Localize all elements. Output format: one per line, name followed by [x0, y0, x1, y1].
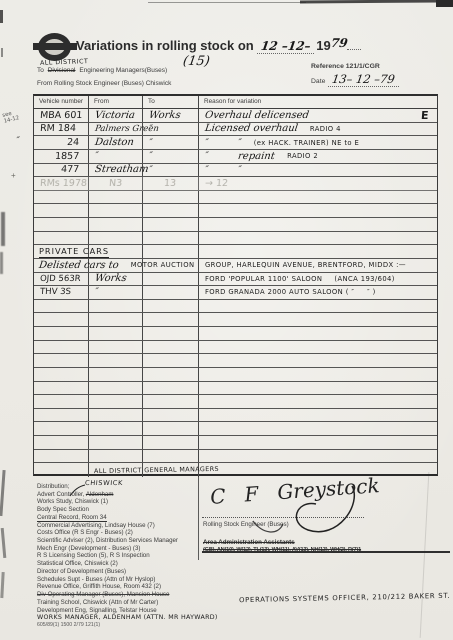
handwritten-entry: ″ — [94, 287, 99, 297]
london-transport-roundel-logo — [38, 33, 71, 61]
form-title: Variations in rolling stock on — [76, 38, 254, 53]
table-row: 1857″″″repaintRADIO 2 — [34, 150, 437, 164]
table-cell: Victoria — [89, 109, 143, 122]
table-cell — [89, 218, 143, 231]
table-cell — [143, 313, 199, 326]
table-row — [34, 313, 437, 327]
distribution-line: Div Operating Manager (Buses), Mansion H… — [37, 591, 207, 599]
table-cell — [89, 300, 143, 313]
table-cell — [143, 382, 199, 395]
table-cell — [199, 327, 437, 340]
table-cell: Dalston — [89, 136, 143, 149]
scanned-form-page: Variations in rolling stock on 12 –12– 1… — [0, 0, 453, 640]
table-cell: OJD 563R — [34, 273, 89, 286]
table-cell — [143, 409, 199, 422]
handwritten-entry: (ex HACK. TRAINER) NE to E — [254, 139, 359, 147]
table-cell: N3 — [89, 177, 143, 190]
table-cell: 13 — [143, 177, 199, 190]
column-header-reason: Reason for variation — [199, 96, 437, 108]
table-cell — [199, 218, 437, 231]
column-header-to: To — [143, 96, 199, 108]
binding-mark — [0, 10, 3, 23]
table-cell — [34, 395, 89, 408]
table-row: RM 184Palmers Green″Licensed overhaulRAD… — [34, 123, 437, 137]
table-cell — [199, 245, 437, 258]
table-cell: ″ — [143, 150, 199, 163]
table-row — [34, 327, 437, 341]
distribution-line: Schedules Supt - Buses (Attn of Mr Hyslo… — [37, 576, 207, 584]
distribution-line: Costs Office (R S Engr - Buses) (2) — [37, 529, 207, 537]
row-span-annotation: Delisted cars toMOTOR AUCTION — [39, 259, 194, 272]
handwritten-entry: Works — [94, 273, 127, 284]
handwritten-entry: ″ — [238, 165, 243, 175]
handwritten-entry: 1857 — [54, 151, 79, 162]
table-cell — [89, 422, 143, 435]
distribution-line: Director of Development (Buses) — [37, 568, 207, 576]
table-cell — [89, 232, 143, 245]
handwritten-form-date: 13– 12 –79 — [331, 72, 396, 86]
table-cell: Overhaul delicensedE — [199, 109, 437, 122]
table-row — [34, 191, 437, 205]
table-cell — [34, 300, 89, 313]
table-cell — [143, 327, 199, 340]
distribution-line: Development Eng, Signalling, Telstar Hou… — [37, 607, 207, 615]
table-cell — [199, 300, 437, 313]
table-cell: ″ — [89, 286, 143, 299]
table-cell: RMs 1978 — [34, 177, 89, 190]
table-cell — [199, 354, 437, 367]
handwritten-entry: → 12 — [205, 178, 229, 189]
table-cell: → 12 — [199, 177, 437, 190]
variation-table: Vehicle number From To Reason for variat… — [33, 94, 438, 476]
signature: C F Greystock — [209, 473, 380, 509]
table-cell: ″″(ex HACK. TRAINER) NE to E — [199, 136, 437, 149]
form-date-line: Date 13– 12 –79 — [311, 72, 399, 87]
table-cell: THV 3S — [34, 286, 89, 299]
table-row — [34, 354, 437, 368]
table-cell — [89, 436, 143, 449]
table-cell: ″ — [143, 164, 199, 177]
distribution-line: Statistical Office, Chiswick (2) — [37, 560, 207, 568]
table-cell — [143, 191, 199, 204]
table-cell — [199, 422, 437, 435]
table-row — [34, 368, 437, 382]
table-cell — [199, 341, 437, 354]
addressee-rest: Engineering Managers(Buses) — [79, 67, 167, 74]
table-cell — [34, 422, 89, 435]
table-cell — [89, 313, 143, 326]
table-cell — [34, 354, 89, 367]
table-cell — [34, 191, 89, 204]
handwritten-entry: ″ — [204, 165, 209, 175]
handwritten-entry: 477 — [60, 164, 79, 175]
handwritten-entry: 24 — [67, 137, 80, 148]
table-cell — [143, 204, 199, 217]
table-cell — [143, 286, 199, 299]
table-cell — [34, 313, 89, 326]
handwritten-entry: ″ — [148, 165, 153, 175]
table-cell: ″ — [143, 136, 199, 149]
table-cell — [34, 436, 89, 449]
table-cell: 24 — [34, 136, 89, 149]
operations-officer-annotation: OPERATIONS SYSTEMS OFFICER, 210/212 BAKE… — [239, 592, 450, 604]
table-cell — [89, 395, 143, 408]
table-cell — [143, 354, 199, 367]
column-header-vehicle-number: Vehicle number — [34, 96, 89, 108]
binding-mark — [1, 528, 6, 558]
distribution-line: R S Licensing Section (5), R S Inspectio… — [37, 552, 207, 560]
distribution-list: Distribution;Advert Controller, Aldenham… — [37, 483, 207, 630]
table-row: RMs 1978N313→ 12 — [34, 177, 437, 191]
handwritten-entry: Victoria — [94, 110, 135, 121]
table-row — [34, 395, 437, 409]
distribution-line: Revenue Office, Griffith House, Room 432… — [37, 583, 207, 591]
handwritten-entry: N3 — [109, 178, 123, 189]
handwritten-entry: RADIO 2 — [287, 152, 318, 160]
handwritten-entry: ″ — [204, 151, 209, 161]
table-cell — [89, 191, 143, 204]
handwritten-entry: RADIO 4 — [310, 125, 341, 133]
table-cell — [143, 300, 199, 313]
table-cell: Works — [89, 273, 143, 286]
table-cell — [199, 191, 437, 204]
table-cell — [199, 204, 437, 217]
handwritten-entry: Delisted cars to — [38, 260, 119, 271]
table-row — [34, 436, 437, 450]
table-cell: Palmers Green — [89, 123, 143, 136]
handwritten-entry: GROUP, HARLEQUIN AVENUE, BRENTFORD, MIDD… — [205, 261, 406, 269]
signature-box-divider — [198, 476, 199, 560]
table-row: THV 3S″FORD GRANADA 2000 AUTO SALOON ( ″… — [34, 286, 437, 300]
margin-note-see: see14-12 — [2, 109, 20, 124]
table-cell — [199, 450, 437, 463]
date-fill-line: 12 –12– — [257, 38, 315, 54]
table-cell: Streatham — [89, 164, 143, 177]
addressee-line: To Divisional Engineering Managers(Buses… — [37, 67, 167, 74]
handwritten-entry: MBA 601 — [40, 110, 83, 121]
table-row — [34, 409, 437, 423]
table-cell — [34, 341, 89, 354]
table-cell: ″repaintRADIO 2 — [199, 150, 437, 163]
table-cell: 1857 — [34, 150, 89, 163]
table-cell: ″ — [89, 150, 143, 163]
all-district-annotation: ALL DISTRICT — [40, 58, 89, 67]
handwritten-entry: Dalston — [94, 137, 134, 148]
table-cell — [34, 368, 89, 381]
reference-number: Reference 121/1/CGR — [311, 63, 380, 70]
handwritten-entry: repaint — [238, 151, 276, 162]
table-cell — [34, 327, 89, 340]
table-cell — [143, 395, 199, 408]
table-cell — [143, 273, 199, 286]
handwritten-entry: ″ — [204, 138, 209, 148]
handwritten-entry: Works — [148, 110, 181, 121]
distribution-line: Commercial Advertising, Lindsay House (7… — [37, 522, 207, 530]
distribution-line: Central Record, Room 34 — [37, 514, 207, 522]
printed-year-prefix: 19 — [316, 38, 330, 53]
handwritten-entry: ″ — [148, 138, 153, 148]
table-cell: FORD 'POPULAR 1100' SALOON(ANCA 193/604) — [199, 273, 437, 286]
table-cell — [89, 204, 143, 217]
roundel-bar — [33, 43, 77, 50]
table-row: MBA 601VictoriaWorksOverhaul delicensedE — [34, 109, 437, 123]
table-cell — [89, 450, 143, 463]
handwritten-entry: RMs 1978 — [40, 178, 88, 189]
margin-plus-mark: + — [11, 171, 16, 180]
handwritten-entry: Licensed overhaul — [204, 123, 298, 134]
table-row: GROUP, HARLEQUIN AVENUE, BRENTFORD, MIDD… — [34, 259, 437, 273]
table-cell — [34, 204, 89, 217]
distribution-line: Mech Engr (Development - Buses) (3) — [37, 545, 207, 553]
table-cell — [143, 245, 199, 258]
column-header-from: From — [89, 96, 143, 108]
distribution-line: Distribution; — [37, 483, 207, 491]
handwritten-entry: E — [421, 109, 429, 122]
sender-line: From Rolling Stock Engineer (Buses) Chis… — [37, 80, 171, 87]
table-row — [34, 218, 437, 232]
table-cell: MBA 601 — [34, 109, 89, 122]
table-cell — [199, 463, 437, 477]
table-cell — [89, 341, 143, 354]
table-cell — [89, 354, 143, 367]
margin-ditto-mark: ″ — [15, 136, 20, 146]
table-row — [34, 450, 437, 464]
signatory-role: Rolling Stock Engineer (Buses) — [203, 521, 289, 528]
binding-mark — [1, 48, 3, 57]
table-cell — [89, 382, 143, 395]
form-title-line: Variations in rolling stock on 12 –12– 1… — [76, 38, 361, 54]
table-row — [34, 204, 437, 218]
strike-bar — [202, 551, 450, 553]
binding-mark — [1, 212, 5, 246]
table-row: PRIVATE CARS — [34, 245, 437, 259]
table-cell — [199, 436, 437, 449]
date-fill-line: 13– 12 –79 — [328, 72, 399, 87]
table-cell — [34, 232, 89, 245]
scan-streak — [148, 2, 306, 3]
table-cell — [143, 450, 199, 463]
table-cell — [199, 409, 437, 422]
dotted-tail — [347, 49, 361, 50]
table-cell — [89, 368, 143, 381]
variation-table-header: Vehicle number From To Reason for variat… — [34, 96, 437, 109]
table-cell: Works — [143, 109, 199, 122]
signature-line — [202, 517, 364, 518]
table-cell — [143, 341, 199, 354]
handwritten-entry: ″ — [238, 138, 243, 148]
table-row: OJD 563RWorksFORD 'POPULAR 1100' SALOON(… — [34, 273, 437, 287]
table-row — [34, 422, 437, 436]
table-cell — [199, 368, 437, 381]
handwritten-year: 79 — [330, 36, 349, 50]
handwritten-entry: Overhaul delicensed — [204, 110, 309, 121]
distribution-line: Advert Controller, Aldenham — [37, 491, 207, 499]
handwritten-entry: ″ — [94, 151, 99, 161]
row-span-annotation: PRIVATE CARS — [39, 245, 109, 258]
table-cell — [143, 368, 199, 381]
handwritten-entry: RM 184 — [40, 123, 77, 134]
handwritten-entry: THV 3S — [40, 287, 72, 297]
distribution-line: Scientific Adviser (2), Distribution Ser… — [37, 537, 207, 545]
to-prefix: To — [37, 67, 44, 74]
table-cell — [143, 422, 199, 435]
table-cell — [143, 232, 199, 245]
handwritten-entry: 13 — [164, 178, 177, 189]
table-cell: GROUP, HARLEQUIN AVENUE, BRENTFORD, MIDD… — [199, 259, 437, 272]
handwritten-entry: OJD 563R — [40, 274, 81, 284]
table-cell — [34, 409, 89, 422]
binding-mark — [0, 252, 3, 274]
table-cell — [199, 232, 437, 245]
table-cell: ″ — [143, 123, 199, 136]
table-row — [34, 300, 437, 314]
paper-crease — [420, 472, 430, 638]
table-row — [34, 341, 437, 355]
table-cell — [199, 382, 437, 395]
struck-divisional: Divisional — [48, 67, 76, 74]
table-cell — [143, 218, 199, 231]
handwritten-date: 12 –12– — [260, 39, 312, 53]
handwritten-entry: (ANCA 193/604) — [334, 275, 394, 283]
table-row: 24Dalston″″″(ex HACK. TRAINER) NE to E — [34, 136, 437, 150]
distribution-line: Body Spec Section — [37, 506, 207, 514]
copies-count-note: (15) — [182, 54, 211, 69]
table-row: 477Streatham″″″ — [34, 164, 437, 178]
table-cell — [89, 409, 143, 422]
handwritten-entry: MOTOR AUCTION — [131, 261, 195, 269]
distribution-line: Training School, Chiswick (Attn of Mr Ca… — [37, 599, 207, 607]
handwritten-entry: FORD GRANADA 2000 AUTO SALOON ( ″ ″ ) — [205, 288, 376, 296]
binding-mark — [0, 572, 4, 598]
scan-streak — [300, 0, 440, 3]
handwritten-entry: ″ — [148, 151, 153, 161]
distribution-line: WORKS MANAGER, ALDENHAM (ATTN. MR HAYWAR… — [37, 614, 207, 622]
table-cell: 477 — [34, 164, 89, 177]
table-cell: Licensed overhaulRADIO 4 — [199, 123, 437, 136]
table-row — [34, 382, 437, 396]
table-cell — [199, 395, 437, 408]
distribution-line: 605/89(1) 1500 2/79 121(1) — [37, 622, 207, 630]
table-cell — [89, 327, 143, 340]
variation-table-body: MBA 601VictoriaWorksOverhaul delicensedE… — [34, 109, 437, 477]
table-cell: FORD GRANADA 2000 AUTO SALOON ( ″ ″ ) — [199, 286, 437, 299]
table-cell — [34, 218, 89, 231]
table-cell — [34, 463, 89, 477]
distribution-line: Works Study, Chiswick (1) — [37, 498, 207, 506]
table-cell: ″″ — [199, 164, 437, 177]
handwritten-entry: Streatham — [94, 164, 149, 175]
table-row — [34, 232, 437, 246]
table-cell — [34, 382, 89, 395]
scan-corner-mark — [436, 0, 453, 7]
table-cell — [34, 450, 89, 463]
table-cell — [143, 436, 199, 449]
table-cell: RM 184 — [34, 123, 89, 136]
binding-mark — [0, 470, 5, 516]
handwritten-entry: PRIVATE CARS — [39, 246, 109, 258]
handwritten-entry: FORD 'POPULAR 1100' SALOON — [205, 275, 322, 283]
struck-area-admin-line: Area Administration Assistants — [203, 539, 295, 546]
date-label: Date — [311, 78, 325, 85]
table-cell — [199, 313, 437, 326]
